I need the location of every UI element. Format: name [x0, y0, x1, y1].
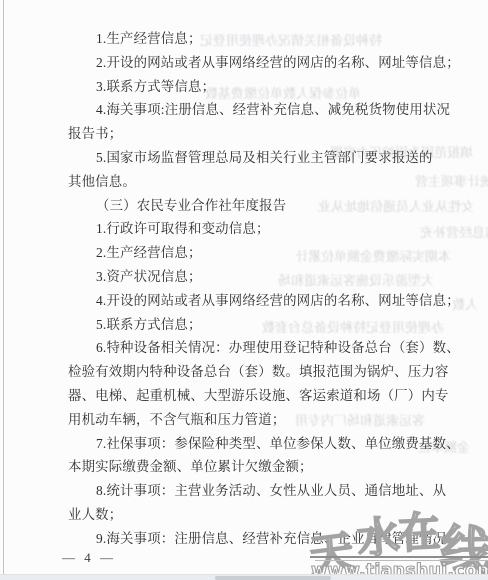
text-line: 本期实际缴费金额、单位累计欠缴金额； — [68, 455, 463, 479]
scan-edge-shadow — [3, 0, 4, 574]
text-line: 报告书； — [68, 122, 463, 146]
page-number: — 4 — — [62, 550, 116, 566]
text-line: 1.生产经营信息； — [68, 27, 463, 51]
text-line: 4.海关事项:注册信息、经营补充信息、减免税货物使用状况 — [68, 98, 463, 122]
text-line: 用机动车辆，不含气瓶和压力管道； — [68, 408, 463, 432]
text-line: 1.行政许可取得和变动信息； — [68, 217, 463, 241]
text-line: 7.社保事项：参保险种类型、单位参保人数、单位缴费基数、 — [68, 432, 463, 456]
text-line: 8.统计事项：主营业务活动、女性从业人员、通信地址、从 — [68, 479, 463, 503]
text-line: 6.特种设备相关情况：办理使用登记特种设备总台（套）数、 — [68, 336, 463, 360]
section-heading-line: （三）农民专业合作社年度报告 — [68, 194, 463, 218]
scanned-document-page: 特种设备相关情况办理使用登记 单位参保人数单位缴费基数 填报范围为锅炉压力容器 … — [0, 0, 488, 580]
horizontal-scrollbar[interactable] — [0, 574, 488, 580]
text-line: 9.海关事项：注册信息、经营补充信息、企业自律管理情况、 — [68, 527, 463, 551]
text-line: 3.联系方式等信息； — [68, 75, 463, 99]
text-line: 检验有效期内特种设备总台（套）数。填报范围为锅炉、压力容 — [68, 360, 463, 384]
text-line: 业人数； — [68, 503, 463, 527]
watermark-underline — [310, 556, 488, 558]
text-line: 2.生产经营信息； — [68, 241, 463, 265]
watermark-underline-thin — [315, 560, 488, 561]
document-body: 1.生产经营信息； 2.开设的网站或者从事网络经营的网店的名称、网址等信息； 3… — [68, 27, 463, 551]
text-line: 3.资产状况信息； — [68, 265, 463, 289]
text-line: 其他信息。 — [68, 170, 463, 194]
text-line: 5.国家市场监督管理总局及相关行业主管部门要求报送的 — [68, 146, 463, 170]
scrollbar-thumb[interactable] — [215, 576, 331, 580]
text-line: 2.开设的网站或者从事网络经营的网店的名称、网址等信息； — [68, 51, 463, 75]
text-line: 5.联系方式信息； — [68, 313, 463, 337]
text-line: 器、电梯、起重机械、大型游乐设施、客运索道和场（厂）内专 — [68, 384, 463, 408]
text-line: 4.开设的网站或者从事网络经营的网店的名称、网址等信息； — [68, 289, 463, 313]
